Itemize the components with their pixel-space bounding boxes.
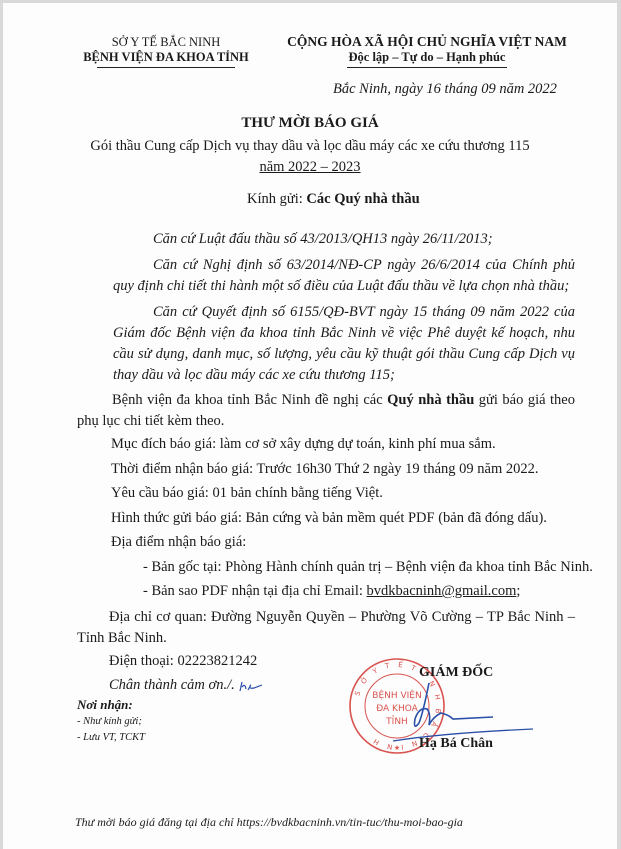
email-link[interactable]: bvdkbacninh@gmail.com <box>367 583 517 599</box>
recipient-item: - Như kính gửi; <box>77 716 142 727</box>
legal-basis-1: Căn cứ Luật đấu thầu số 43/2013/QH13 ngà… <box>113 229 575 250</box>
requirement-line: Yêu cầu báo giá: 01 bản chính bằng tiếng… <box>111 485 383 502</box>
document-date: Bắc Ninh, ngày 16 tháng 09 năm 2022 <box>333 81 557 98</box>
location-label: Địa điểm nhận báo giá: <box>111 534 246 551</box>
recipient-item: - Lưu VT, TCKT <box>77 732 145 743</box>
phone-line: Điện thoại: 02223821242 <box>109 653 257 670</box>
hospital-name: BỆNH VIỆN ĐA KHOA TỈNH <box>63 50 269 65</box>
recipients-title-text: Nơi nhận <box>77 697 128 712</box>
department-name: SỞ Y TẾ BẮC NINH <box>63 35 269 50</box>
greeting-prefix: Kính gửi: <box>247 191 306 207</box>
deadline-line: Thời điểm nhận báo giá: Trước 16h30 Thứ … <box>111 461 538 478</box>
location-pdf-label: - Bản sao PDF nhận tại địa chỉ Email: <box>143 583 367 599</box>
header-divider <box>97 67 235 68</box>
greeting-recipient: Các Quý nhà thầu <box>306 191 419 207</box>
svg-text:★: ★ <box>394 744 400 752</box>
document-title: THƯ MỜI BÁO GIÁ <box>3 115 617 132</box>
request-paragraph: Bệnh viện đa khoa tỉnh Bắc Ninh đề nghị … <box>77 390 575 432</box>
document-subtitle: Gói thầu Cung cấp Dịch vụ thay dầu và lọ… <box>3 138 617 155</box>
national-header: CỘNG HÒA XÃ HỘI CHỦ NGHĨA VIỆT NAM Độc l… <box>287 33 567 68</box>
thanks-line: Chân thành cảm ơn./. <box>109 677 264 694</box>
location-pdf: - Bản sao PDF nhận tại địa chỉ Email: bv… <box>143 583 520 600</box>
location-pdf-suffix: ; <box>516 583 520 599</box>
method-line: Hình thức gửi báo giá: Bản cứng và bản m… <box>111 510 547 527</box>
recipients-title: Nơi nhận: <box>77 697 133 713</box>
purpose-line: Mục đích báo giá: làm cơ sở xây dựng dự … <box>111 436 496 453</box>
agency-header: SỞ Y TẾ BẮC NINH BỆNH VIỆN ĐA KHOA TỈNH <box>63 35 269 68</box>
signature-icon <box>383 673 543 743</box>
national-title: CỘNG HÒA XÃ HỘI CHỦ NGHĨA VIỆT NAM <box>287 33 567 50</box>
year-text: năm 2022 – 2023 <box>259 159 360 175</box>
signer-name: Hạ Bá Chân <box>419 736 493 752</box>
legal-basis-3: Căn cứ Quyết định số 6155/QĐ-BVT ngày 15… <box>113 302 575 386</box>
request-before: Bệnh viện đa khoa tỉnh Bắc Ninh đề nghị … <box>112 392 387 408</box>
document-year: năm 2022 – 2023 <box>3 159 617 176</box>
thanks-text: Chân thành cảm ơn./. <box>109 677 235 693</box>
address-paragraph: Địa chỉ cơ quan: Đường Nguyễn Quyền – Ph… <box>77 607 575 649</box>
document-page: SỞ Y TẾ BẮC NINH BỆNH VIỆN ĐA KHOA TỈNH … <box>3 3 617 849</box>
motto-divider <box>347 67 507 68</box>
location-original: - Bản gốc tại: Phòng Hành chính quản trị… <box>143 559 593 576</box>
greeting: Kính gửi: Các Quý nhà thầu <box>247 191 420 208</box>
initials-mark-icon <box>238 679 264 693</box>
legal-basis-2: Căn cứ Nghị định số 63/2014/NĐ-CP ngày 2… <box>113 255 575 297</box>
request-bold: Quý nhà thầu <box>387 392 474 408</box>
footer-note: Thư mời báo giá đăng tại địa chỉ https:/… <box>75 815 463 830</box>
national-motto: Độc lập – Tự do – Hạnh phúc <box>287 50 567 65</box>
